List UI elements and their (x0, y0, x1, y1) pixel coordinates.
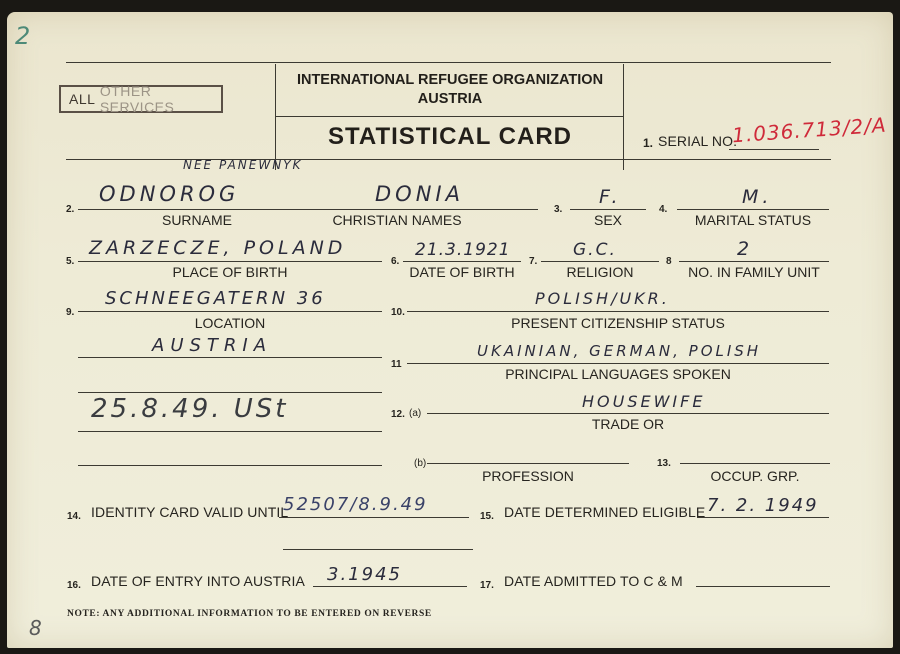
citizenship-label: PRESENT CITIZENSHIP STATUS (407, 315, 829, 331)
marital-status-line (677, 209, 829, 210)
header-left-divider (275, 64, 276, 170)
organization-country: AUSTRIA (277, 91, 623, 107)
statistical-card: 2 ALL OTHER SERVICES INTERNATIONAL REFUG… (7, 12, 893, 648)
family-unit-label: NO. IN FAMILY UNIT (679, 264, 829, 280)
marital-status-label: MARITAL STATUS (677, 212, 829, 228)
profession-line (427, 463, 629, 464)
field-number: 3. (554, 204, 562, 215)
profession-sub-b: (b) (414, 458, 426, 469)
admitted-cm-label: DATE ADMITTED TO C & M (504, 573, 683, 589)
date-of-birth-value: 21.3.1921 (415, 240, 511, 260)
field-number: 16. (67, 580, 81, 591)
serial-line (729, 149, 819, 150)
citizenship-line (407, 311, 829, 312)
location-line-4 (78, 431, 382, 432)
header-right-divider (623, 64, 624, 170)
languages-label: PRINCIPAL LANGUAGES SPOKEN (407, 366, 829, 382)
header-mid-rule (275, 116, 623, 117)
location-line-1 (78, 311, 382, 312)
occup-grp-line (680, 463, 830, 464)
christian-names-value: DONIA (375, 182, 464, 206)
location-line-3 (78, 392, 382, 393)
location-line-2 (78, 357, 382, 358)
location-value-line1: SCHNEEGATERN 36 (105, 288, 326, 309)
citizenship-value: POLISH/UKR. (535, 289, 670, 308)
top-rule (66, 62, 831, 63)
field-number: 4. (659, 204, 667, 215)
sex-value: F. (599, 186, 622, 208)
field-number: 8 (666, 256, 672, 267)
location-value-line2: AUSTRIA (152, 335, 272, 356)
family-unit-line (679, 261, 829, 262)
trade-line (427, 413, 829, 414)
sex-line (570, 209, 646, 210)
occup-grp-label: OCCUP. GRP. (680, 468, 830, 484)
religion-line (541, 261, 659, 262)
trade-value: HOUSEWIFE (582, 392, 705, 411)
location-value-line3: 25.8.49. USt (91, 394, 289, 424)
admitted-cm-line (696, 586, 830, 587)
field-number: 12. (391, 409, 405, 420)
languages-line (407, 363, 829, 364)
serial-value: 1.036.713/2/A (731, 113, 887, 148)
place-of-birth-value: ZARZECZE, POLAND (89, 237, 346, 259)
religion-label: RELIGION (541, 264, 659, 280)
field-number: 7. (529, 256, 537, 267)
entry-austria-label: DATE OF ENTRY INTO AUSTRIA (91, 573, 305, 589)
stamp-text: ALL (69, 91, 95, 107)
field-number: 13. (657, 458, 671, 469)
field-number: 10. (391, 307, 405, 318)
profession-label: PROFESSION (427, 468, 629, 484)
trade-sub-a: (a) (409, 408, 421, 419)
field-number: 15. (480, 511, 494, 522)
marital-status-value: M. (742, 186, 772, 208)
entry-austria-line (313, 586, 467, 587)
bottom-mark: 8 (29, 616, 46, 640)
field-number: 11 (391, 359, 402, 370)
sex-label: SEX (570, 212, 646, 228)
card-title: STATISTICAL CARD (277, 123, 623, 151)
stamp-text-faded: OTHER SERVICES (100, 83, 221, 115)
field-number: 1. (643, 136, 653, 150)
place-of-birth-label: PLACE OF BIRTH (78, 264, 382, 280)
religion-value: G.C. (573, 240, 617, 260)
corner-mark: 2 (15, 22, 34, 50)
field-number: 17. (480, 580, 494, 591)
family-unit-value: 2 (737, 238, 753, 260)
reverse-note: NOTE: ANY ADDITIONAL INFORMATION TO BE E… (67, 609, 432, 619)
place-of-birth-line (78, 261, 382, 262)
identity-card-label: IDENTITY CARD VALID UNTIL (91, 504, 288, 520)
date-of-birth-line (403, 261, 521, 262)
entry-austria-value: 3.1945 (327, 564, 402, 585)
languages-value: UKAINIAN, GERMAN, POLISH (477, 342, 761, 360)
eligible-line (697, 517, 829, 518)
field-number: 5. (66, 256, 74, 267)
eligible-value: 7. 2. 1949 (707, 495, 819, 516)
location-line-5 (78, 465, 382, 466)
location-label: LOCATION (78, 315, 382, 331)
identity-card-value: 52507/8.9.49 (283, 494, 428, 515)
christian-names-label: CHRISTIAN NAMES (327, 212, 467, 228)
field-number: 14. (67, 511, 81, 522)
trade-label: TRADE OR (427, 416, 829, 432)
field-number: 9. (66, 307, 74, 318)
identity-card-line (279, 517, 469, 518)
surname-value: ODNOROG (99, 182, 239, 206)
field-number: 6. (391, 256, 399, 267)
surname-label: SURNAME (157, 212, 237, 228)
name-line (78, 209, 538, 210)
organization-name: INTERNATIONAL REFUGEE ORGANIZATION (277, 72, 623, 88)
serial-label: SERIAL NO. (658, 133, 737, 149)
eligible-label: DATE DETERMINED ELIGIBLE (504, 504, 705, 520)
identity-card-line-2 (283, 549, 473, 550)
maiden-name-note: NEE PANEWNYK (183, 158, 302, 172)
date-of-birth-label: DATE OF BIRTH (403, 264, 521, 280)
header-bottom-rule (66, 159, 831, 160)
field-number: 2. (66, 204, 74, 215)
services-stamp: ALL OTHER SERVICES (59, 85, 223, 113)
